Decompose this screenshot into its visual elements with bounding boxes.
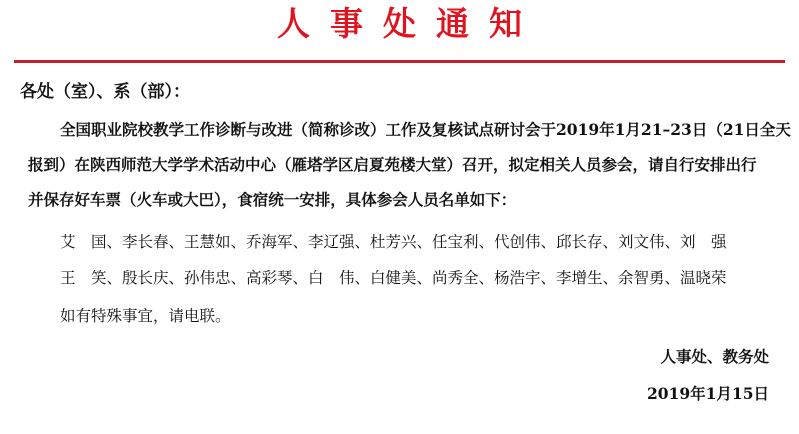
body-paragraph-line-1: 全国职业院校教学工作诊断与改进（简称诊改）工作及复核试点研讨会于2019年1月2… [60,119,791,141]
salutation: 各处（室）、系（部）： [20,80,190,104]
body-paragraph-line-2: 报到）在陕西师范大学学术活动中心（雁塔学区启夏苑楼大堂）召开，拟定相关人员参会，… [28,154,757,176]
issue-date: 2019年1月15日 [647,383,769,405]
attendee-list-line-1: 艾 国、李长春、王慧如、乔海军、李辽强、杜芳兴、任宝利、代创伟、邱长存、刘文伟、… [60,231,727,253]
attendee-list-line-2: 王 笑、殷长庆、孙伟忠、高彩琴、白 伟、白健美、尚秀全、杨浩宇、李增生、余智勇、… [60,267,727,289]
signature: 人事处、教务处 [660,346,769,368]
red-divider [14,60,785,63]
closing-note: 如有特殊事宜，请电联。 [60,305,231,327]
notice-title: 人事处通知 [0,4,799,44]
body-paragraph-line-3: 并保存好车票（火车或大巴），食宿统一安排，具体参会人员名单如下： [28,189,516,211]
